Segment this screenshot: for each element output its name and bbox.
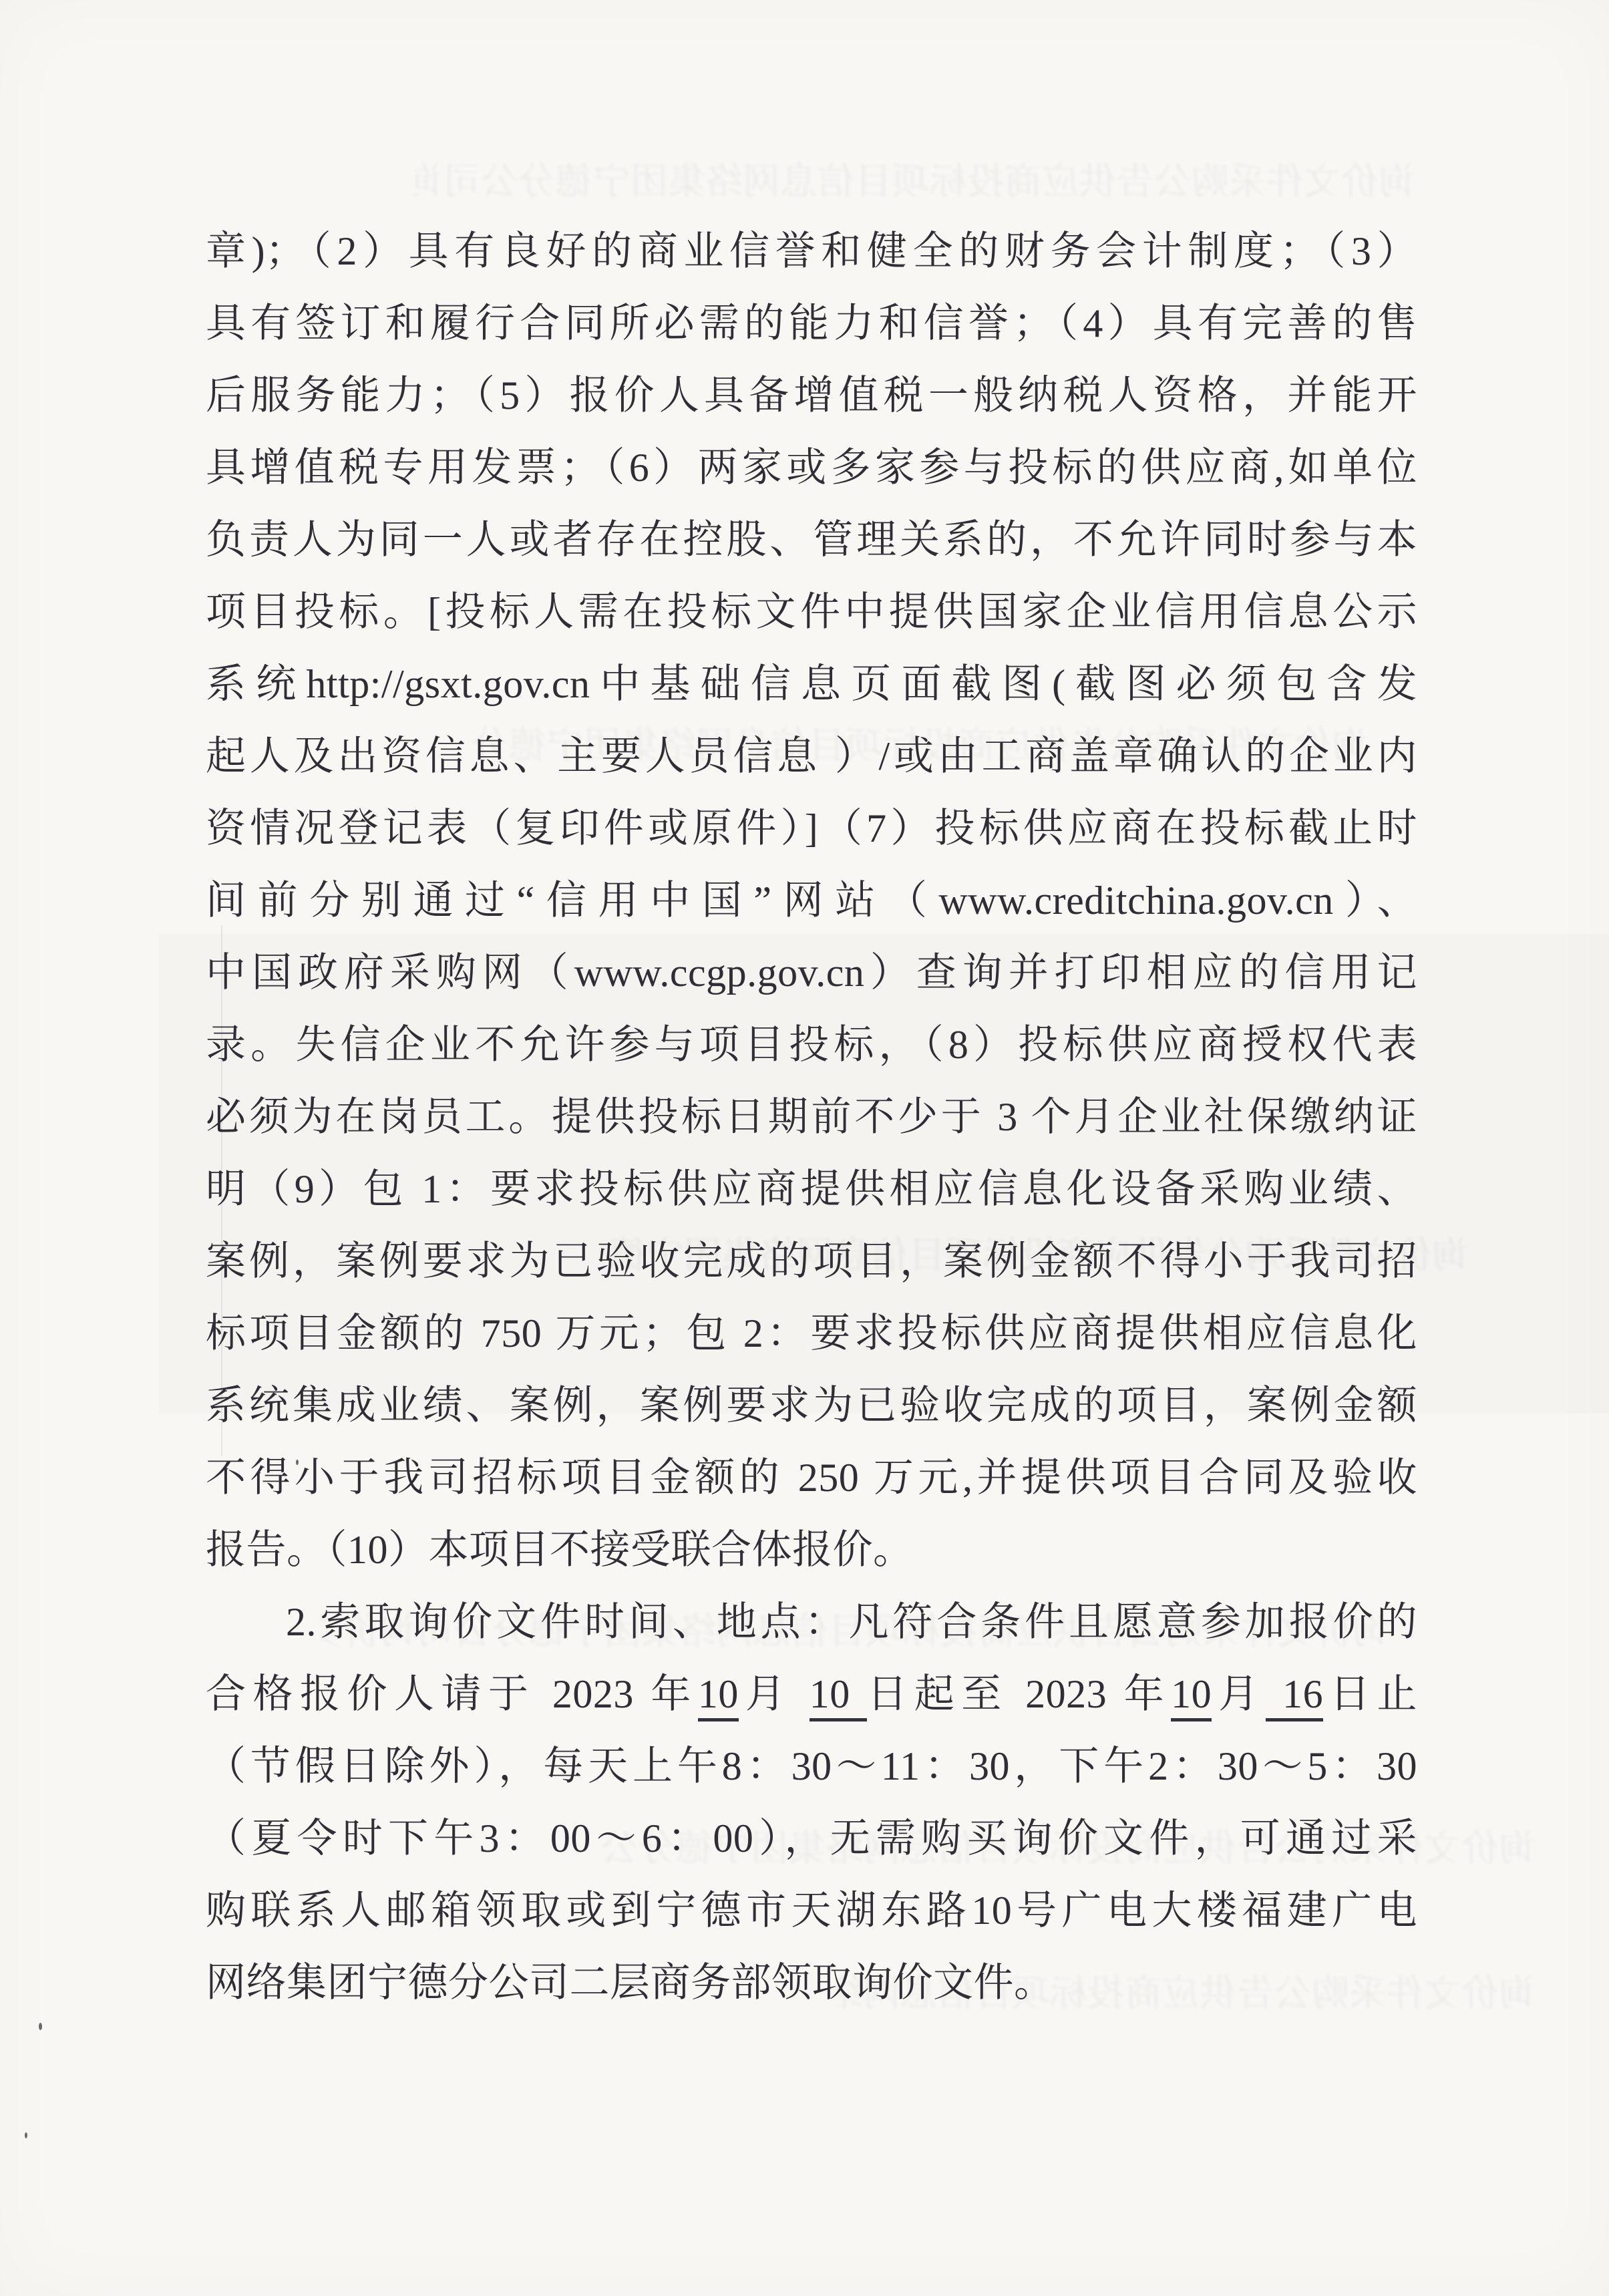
text-line: 系统集成业绩、案例，案例要求为已验收完成的项目，案例金额 (206, 1369, 1417, 1442)
text-line: 案例，案例要求为已验收完成的项目，案例金额不得小于我司招 (206, 1225, 1417, 1297)
text-line: 标项目金额的 750 万元；包 2：要求投标供应商提供相应信息化 (206, 1297, 1417, 1369)
text-run: （节假日除外），每天上午8：30～11：30，下午2：30～5：30 (206, 1744, 1417, 1788)
text-line: 购联系人邮箱领取或到宁德市天湖东路10号广电大楼福建广电 (206, 1874, 1417, 1947)
text-line: 系统http://gsxt.gov.cn中基础信息页面截图(截图必须包含发 (206, 648, 1417, 720)
text-line: 间前分别通过“信用中国”网站（www.creditchina.gov.cn）、 (206, 864, 1417, 937)
text-run: 明（9）包 1：要求投标供应商提供相应信息化设备采购业绩、 (206, 1167, 1417, 1211)
text-run: 后服务能力；（5）报价人具备增值税一般纳税人资格，并能开 (206, 373, 1417, 418)
text-run: 案例，案例要求为已验收完成的项目，案例金额不得小于我司招 (206, 1239, 1417, 1283)
text-line: 后服务能力；（5）报价人具备增值税一般纳税人资格，并能开 (206, 359, 1417, 432)
text-line: 合格报价人请于 2023 年10月 10 日起至 2023 年10月 16日止 (206, 1658, 1417, 1730)
text-run: 标项目金额的 750 万元；包 2：要求投标供应商提供相应信息化 (206, 1311, 1417, 1355)
text-run: 月 (1212, 1672, 1265, 1716)
text-line: 报告。（10）本项目不接受联合体报价。 (206, 1514, 1417, 1586)
text-run: 日起至 2023 年 (867, 1672, 1171, 1716)
text-run: 系统http://gsxt.gov.cn中基础信息页面截图(截图必须包含发 (206, 662, 1417, 706)
text-run: 章)；（2）具有良好的商业信誉和健全的财务会计制度；（3） (206, 229, 1417, 273)
text-run: 资情况登记表（复印件或原件）]（7）投标供应商在投标截止时 (206, 806, 1417, 850)
text-run: 具有签订和履行合同所必需的能力和信誉；（4）具有完善的售 (206, 301, 1417, 345)
text-line: 具增值税专用发票；（6）两家或多家参与投标的供应商,如单位 (206, 432, 1417, 504)
text-line: 中国政府采购网（www.ccgp.gov.cn）查询并打印相应的信用记 (206, 937, 1417, 1009)
scan-speck (39, 2023, 42, 2030)
text-line: （夏令时下午3：00～6：00），无需购买询价文件，可通过采 (206, 1802, 1417, 1874)
text-line: 负责人为同一人或者存在控股、管理关系的，不允许同时参与本 (206, 504, 1417, 576)
text-run: 报告。（10）本项目不接受联合体报价。 (206, 1528, 914, 1572)
text-line: 必须为在岗员工。提供投标日期前不少于 3 个月企业社保缴纳证 (206, 1081, 1417, 1153)
bleedthrough-ghost-text: 询价文件采购公告供应商投标项目信息网络集团宁德分公司询价文件采购公告供应商投标项… (414, 152, 1416, 206)
text-run: 间前分别通过“信用中国”网站（www.creditchina.gov.cn）、 (206, 878, 1417, 923)
text-run: （夏令时下午3：00～6：00），无需购买询价文件，可通过采 (206, 1816, 1417, 1860)
text-line: 网络集团宁德分公司二层商务部领取询价文件。 (206, 1947, 1417, 2019)
text-line: 资情况登记表（复印件或原件）]（7）投标供应商在投标截止时 (206, 792, 1417, 864)
text-line: 项目投标。[投标人需在投标文件中提供国家企业信用信息公示 (206, 576, 1417, 648)
text-run: 购联系人邮箱领取或到宁德市天湖东路10号广电大楼福建广电 (206, 1889, 1417, 1933)
scan-speck (25, 2132, 27, 2138)
text-run: 具增值税专用发票；（6）两家或多家参与投标的供应商,如单位 (206, 446, 1417, 490)
text-run: 2.索取询价文件时间、地点：凡符合条件且愿意参加报价的 (286, 1600, 1417, 1644)
document-text: 章)；（2）具有良好的商业信誉和健全的财务会计制度；（3）具有签订和履行合同所必… (206, 215, 1417, 2019)
text-line: 不得小于我司招标项目金额的 250 万元,并提供项目合同及验收 (206, 1442, 1417, 1514)
text-run: 日止 (1323, 1672, 1417, 1716)
text-line: 2.索取询价文件时间、地点：凡符合条件且愿意参加报价的 (206, 1586, 1417, 1658)
underlined-value: 16 (1266, 1672, 1323, 1721)
text-run: 月 (739, 1672, 810, 1716)
text-run: 系统集成业绩、案例，案例要求为已验收完成的项目，案例金额 (206, 1383, 1417, 1428)
text-run: 中国政府采购网（www.ccgp.gov.cn）查询并打印相应的信用记 (206, 951, 1417, 995)
text-line: 录。失信企业不允许参与项目投标，（8）投标供应商授权代表 (206, 1009, 1417, 1081)
text-run: 网络集团宁德分公司二层商务部领取询价文件。 (206, 1961, 1055, 2005)
underlined-value: 10 (698, 1672, 739, 1721)
text-line: 明（9）包 1：要求投标供应商提供相应信息化设备采购业绩、 (206, 1153, 1417, 1225)
text-run: 项目投标。[投标人需在投标文件中提供国家企业信用信息公示 (206, 590, 1417, 634)
text-line: 起人及出资信息、主要人员信息 ）/或由工商盖章确认的企业内 (206, 720, 1417, 792)
underlined-value: 10 (1171, 1672, 1212, 1721)
scanned-document-page: 询价文件采购公告供应商投标项目信息网络集团宁德分公司询价文件采购公告供应商投标项… (0, 0, 1609, 2296)
text-line: 具有签订和履行合同所必需的能力和信誉；（4）具有完善的售 (206, 287, 1417, 359)
text-run: 合格报价人请于 2023 年 (206, 1672, 698, 1716)
text-run: 负责人为同一人或者存在控股、管理关系的，不允许同时参与本 (206, 518, 1417, 562)
text-line: （节假日除外），每天上午8：30～11：30，下午2：30～5：30 (206, 1730, 1417, 1802)
text-run: 起人及出资信息、主要人员信息 ）/或由工商盖章确认的企业内 (206, 734, 1417, 778)
text-run: 不得小于我司招标项目金额的 250 万元,并提供项目合同及验收 (206, 1456, 1417, 1500)
text-run: 录。失信企业不允许参与项目投标，（8）投标供应商授权代表 (206, 1023, 1417, 1067)
text-line: 章)；（2）具有良好的商业信誉和健全的财务会计制度；（3） (206, 215, 1417, 287)
text-run: 必须为在岗员工。提供投标日期前不少于 3 个月企业社保缴纳证 (206, 1095, 1417, 1139)
underlined-value: 10 (810, 1672, 867, 1721)
